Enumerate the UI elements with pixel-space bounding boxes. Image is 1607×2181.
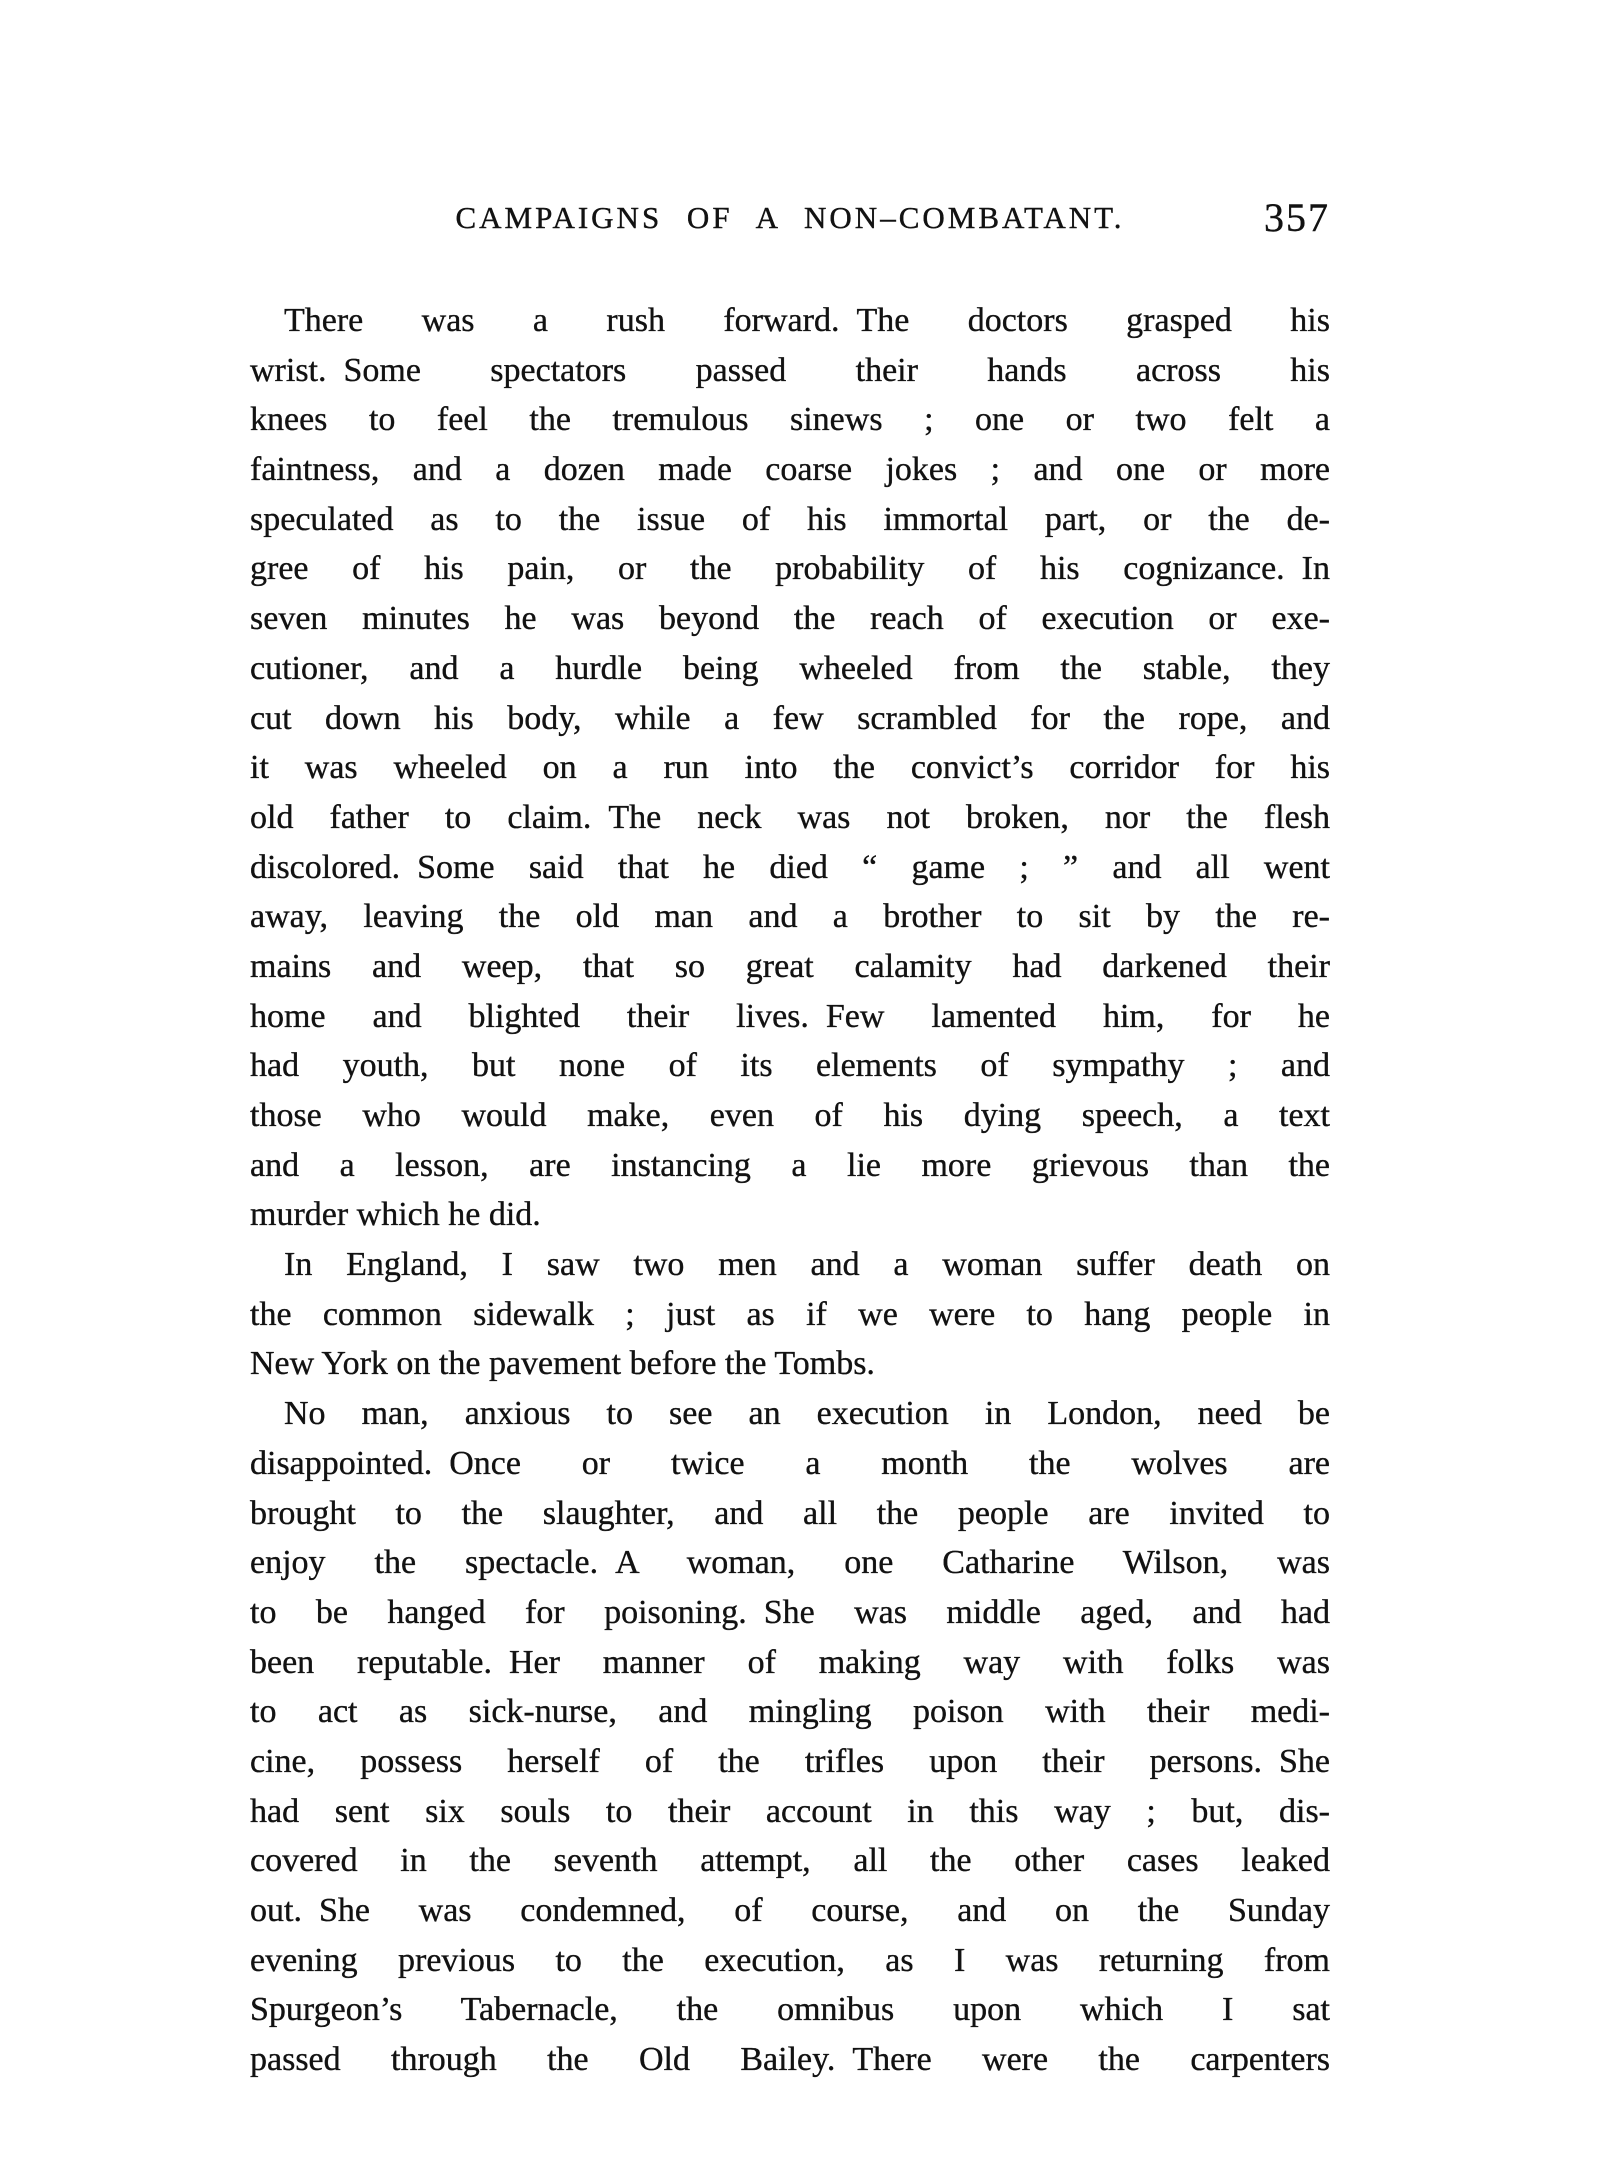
text-line: knees to feel the tremulous sinews ; one… xyxy=(250,395,1330,445)
text-line: murder which he did. xyxy=(250,1190,1330,1240)
text-line: and a lesson, are instancing a lie more … xyxy=(250,1141,1330,1191)
text-line: it was wheeled on a run into the convict… xyxy=(250,743,1330,793)
page-body: There was a rush forward. The doctors gr… xyxy=(250,296,1330,2085)
text-line: away, leaving the old man and a brother … xyxy=(250,892,1330,942)
text-line: to act as sick-nurse, and mingling poiso… xyxy=(250,1687,1330,1737)
text-line: brought to the slaughter, and all the pe… xyxy=(250,1489,1330,1539)
text-line: home and blighted their lives. Few lamen… xyxy=(250,992,1330,1042)
text-line: been reputable. Her manner of making way… xyxy=(250,1638,1330,1688)
text-line: old father to claim. The neck was not br… xyxy=(250,793,1330,843)
text-line: discolored. Some said that he died “ gam… xyxy=(250,843,1330,893)
text-line: In England, I saw two men and a woman su… xyxy=(250,1240,1330,1290)
text-line: enjoy the spectacle. A woman, one Cathar… xyxy=(250,1538,1330,1588)
paragraph: In England, I saw two men and a woman su… xyxy=(250,1240,1330,1389)
text-line: had sent six souls to their account in t… xyxy=(250,1787,1330,1837)
paragraph: No man, anxious to see an execution in L… xyxy=(250,1389,1330,2085)
text-line: New York on the pavement before the Tomb… xyxy=(250,1339,1330,1389)
text-line: cine, possess herself of the trifles upo… xyxy=(250,1737,1330,1787)
text-line: gree of his pain, or the probability of … xyxy=(250,544,1330,594)
text-line: evening previous to the execution, as I … xyxy=(250,1936,1330,1986)
text-line: No man, anxious to see an execution in L… xyxy=(250,1389,1330,1439)
text-line: disappointed. Once or twice a month the … xyxy=(250,1439,1330,1489)
text-line: There was a rush forward. The doctors gr… xyxy=(250,296,1330,346)
paragraph: There was a rush forward. The doctors gr… xyxy=(250,296,1330,1240)
text-line: seven minutes he was beyond the reach of… xyxy=(250,594,1330,644)
text-line: cutioner, and a hurdle being wheeled fro… xyxy=(250,644,1330,694)
running-title: CAMPAIGNS OF A NON–COMBATANT. xyxy=(250,200,1330,236)
text-line: passed through the Old Bailey. There wer… xyxy=(250,2035,1330,2085)
text-line: those who would make, even of his dying … xyxy=(250,1091,1330,1141)
text-line: speculated as to the issue of his immort… xyxy=(250,495,1330,545)
text-line: to be hanged for poisoning. She was midd… xyxy=(250,1588,1330,1638)
text-line: cut down his body, while a few scrambled… xyxy=(250,694,1330,744)
running-header: CAMPAIGNS OF A NON–COMBATANT. 357 xyxy=(250,190,1330,238)
text-line: covered in the seventh attempt, all the … xyxy=(250,1836,1330,1886)
text-line: out. She was condemned, of course, and o… xyxy=(250,1886,1330,1936)
text-line: the common sidewalk ; just as if we were… xyxy=(250,1290,1330,1340)
text-line: faintness, and a dozen made coarse jokes… xyxy=(250,445,1330,495)
book-page: CAMPAIGNS OF A NON–COMBATANT. 357 There … xyxy=(0,0,1607,2181)
text-line: wrist. Some spectators passed their hand… xyxy=(250,346,1330,396)
text-line: had youth, but none of its elements of s… xyxy=(250,1041,1330,1091)
text-line: Spurgeon’s Tabernacle, the omnibus upon … xyxy=(250,1985,1330,2035)
text-line: mains and weep, that so great calamity h… xyxy=(250,942,1330,992)
page-number: 357 xyxy=(1264,194,1330,241)
